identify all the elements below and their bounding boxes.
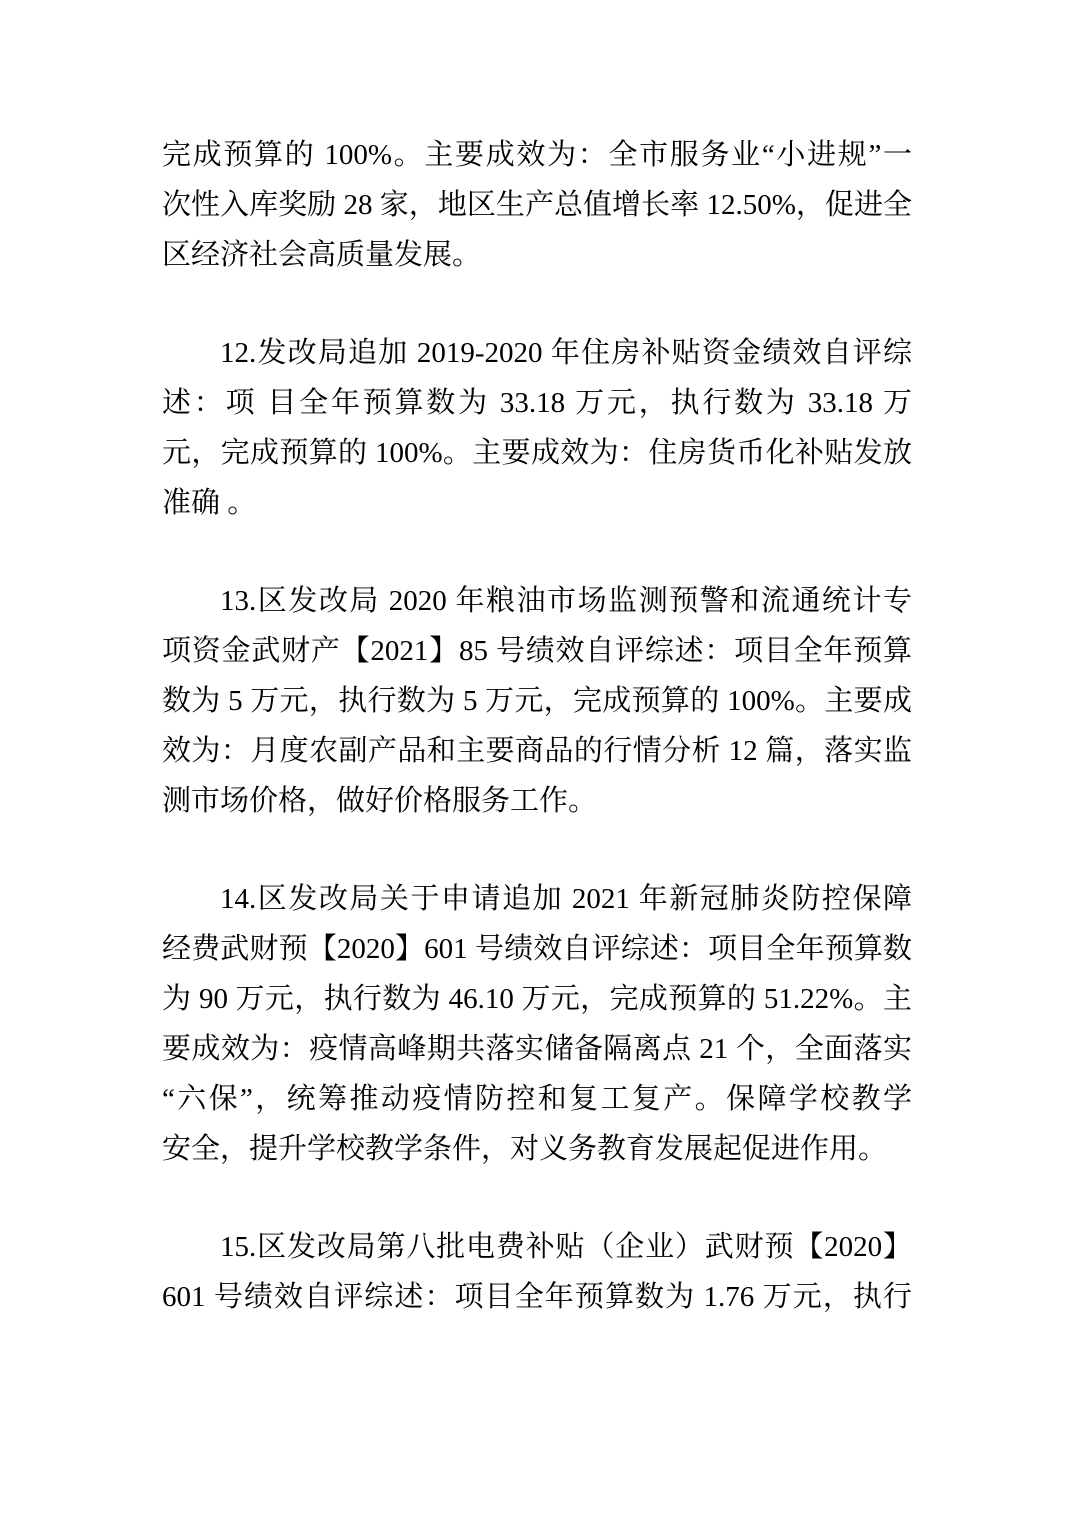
text-line: 数为 5 万元，执行数为 5 万元，完成预算的 100%。主要成 [162,676,912,726]
text-line: 12.发改局追加 2019-2020 年住房补贴资金绩效自评综 [162,328,912,378]
text-line: 元，完成预算的 100%。主要成效为：住房货币化补贴发放 [162,428,912,478]
text-line: 14.区发改局关于申请追加 2021 年新冠肺炎防控保障 [162,874,912,924]
paragraph-item-15: 15.区发改局第八批电费补贴（企业）武财预【2020】 601 号绩效自评综述：… [162,1222,912,1322]
text-line: 次性入库奖励 28 家，地区生产总值增长率 12.50%，促进全 [162,180,912,230]
text-line: 项资金武财产【2021】85 号绩效自评综述：项目全年预算 [162,626,912,676]
text-line: 测市场价格，做好价格服务工作。 [162,776,912,826]
paragraph-item-14: 14.区发改局关于申请追加 2021 年新冠肺炎防控保障 经费武财预【2020】… [162,874,912,1174]
text-line: 效为：月度农副产品和主要商品的行情分析 12 篇，落实监 [162,726,912,776]
document-page: 完成预算的 100%。主要成效为：全市服务业“小进规”一 次性入库奖励 28 家… [0,0,1075,1521]
paragraph-item-13: 13.区发改局 2020 年粮油市场监测预警和流通统计专 项资金武财产【2021… [162,576,912,826]
text-line: 安全，提升学校教学条件，对义务教育发展起促进作用。 [162,1124,912,1174]
text-line: 准确 。 [162,478,912,528]
paragraph-continuation: 完成预算的 100%。主要成效为：全市服务业“小进规”一 次性入库奖励 28 家… [162,130,912,280]
text-line: 601 号绩效自评综述：项目全年预算数为 1.76 万元，执行 [162,1272,912,1322]
text-line: 区经济社会高质量发展。 [162,230,912,280]
text-line: 为 90 万元，执行数为 46.10 万元，完成预算的 51.22%。主 [162,974,912,1024]
text-line: 完成预算的 100%。主要成效为：全市服务业“小进规”一 [162,130,912,180]
text-line: 13.区发改局 2020 年粮油市场监测预警和流通统计专 [162,576,912,626]
paragraph-item-12: 12.发改局追加 2019-2020 年住房补贴资金绩效自评综 述：项 目全年预… [162,328,912,528]
text-line: 要成效为：疫情高峰期共落实储备隔离点 21 个，全面落实 [162,1024,912,1074]
text-block: 完成预算的 100%。主要成效为：全市服务业“小进规”一 次性入库奖励 28 家… [162,130,912,1322]
text-line: 述：项 目全年预算数为 33.18 万元，执行数为 33.18 万 [162,378,912,428]
text-line: “六保”，统筹推动疫情防控和复工复产。保障学校教学 [162,1074,912,1124]
text-line: 15.区发改局第八批电费补贴（企业）武财预【2020】 [162,1222,912,1272]
text-line: 经费武财预【2020】601 号绩效自评综述：项目全年预算数 [162,924,912,974]
